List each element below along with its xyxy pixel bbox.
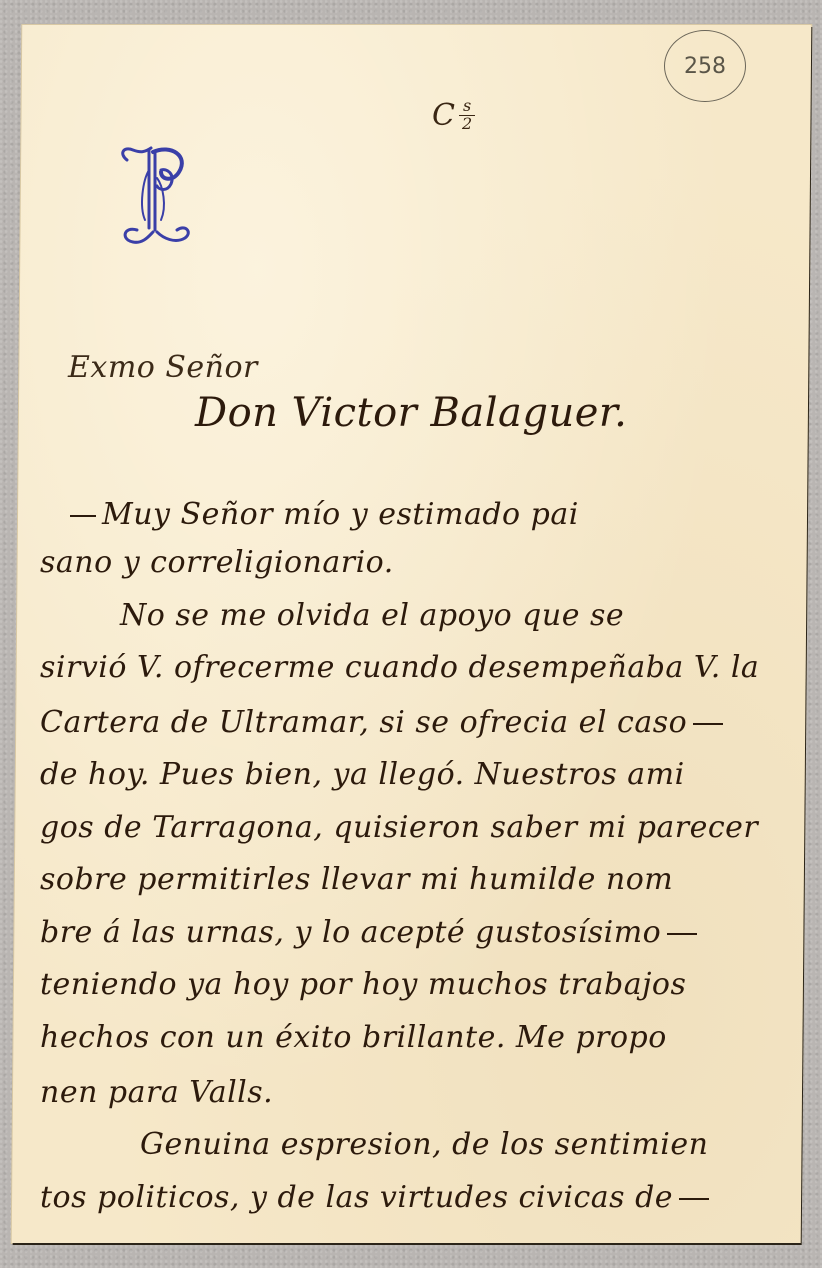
monogram-lp-icon [115, 140, 195, 250]
body-line: Cartera de Ultramar, si se ofrecia el ca… [40, 705, 723, 740]
body-line: nen para Valls. [40, 1075, 273, 1110]
body-line: No se me olvida el apoyo que se [120, 598, 624, 633]
body-line: tos politicos, y de las virtudes civicas… [40, 1180, 709, 1215]
catalog-letter: C [432, 98, 455, 133]
flourish-dash [667, 933, 697, 935]
folio-number-circled: 258 [664, 30, 746, 102]
flourish-dash [693, 723, 723, 725]
salutation-line-2: Don Victor Balaguer. [195, 390, 627, 436]
body-line: bre á las urnas, y lo acepté gustosísimo [40, 915, 697, 950]
catalog-denominator: 2 [462, 116, 472, 133]
catalog-mark: C s 2 [432, 98, 475, 133]
body-line: sano y correligionario. [40, 545, 394, 580]
body-line: gos de Tarragona, quisieron saber mi par… [40, 810, 758, 845]
folio-number: 258 [684, 54, 726, 79]
body-line: sobre permitirles llevar mi humilde nom [40, 862, 673, 897]
flourish-dash [70, 515, 96, 517]
catalog-fraction: s 2 [459, 98, 475, 133]
flourish-dash [679, 1198, 709, 1200]
body-line: sirvió V. ofrecerme cuando desempeñaba V… [40, 650, 759, 685]
salutation-line-1: Exmo Señor [68, 350, 258, 385]
body-line: de hoy. Pues bien, ya llegó. Nuestros am… [40, 757, 685, 792]
body-line: hechos con un éxito brillante. Me propo [40, 1020, 667, 1055]
body-line: Genuina espresion, de los sentimien [140, 1127, 708, 1162]
body-line: Muy Señor mío y estimado pai [70, 497, 579, 532]
body-line: teniendo ya hoy por hoy muchos trabajos [40, 967, 686, 1002]
